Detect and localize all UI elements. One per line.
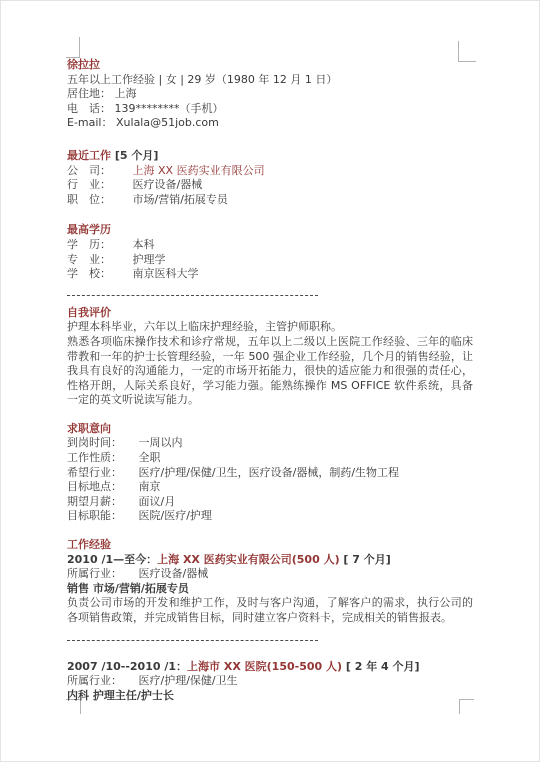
recent-job-title: 最近工作 bbox=[67, 149, 111, 162]
desired-industry-row: 希望行业： 医疗/护理/保健/卫生，医疗设备/器械，制药/生物工程 bbox=[67, 466, 473, 481]
job1-description: 负责公司市场的开发和维护工作，及时与客户沟通，了解客户的需求，执行公司的各项销售… bbox=[67, 596, 473, 625]
degree-label: 学 历： bbox=[67, 238, 129, 253]
major-label: 专 业： bbox=[67, 253, 129, 268]
job2-date-line: 2007 /10--2010 /1：上海市 XX 医院(150-500 人) [… bbox=[67, 660, 473, 675]
phone-row: 电 话： 139********（手机） bbox=[67, 102, 473, 117]
job-type-label: 工作性质： bbox=[67, 451, 135, 466]
residence-row: 居住地： 上海 bbox=[67, 87, 473, 102]
company-row: 公 司： 上海 XX 医药实业有限公司 bbox=[67, 164, 473, 179]
company-value: 上海 XX 医药实业有限公司 bbox=[133, 164, 265, 177]
job2-duration: [ 2 年 4 个月] bbox=[342, 660, 420, 673]
job-intention-section: 求职意向 到岗时间： 一周以内 工作性质： 全职 希望行业： 医疗/护理/保健/… bbox=[67, 422, 473, 524]
target-location-row: 目标地点： 南京 bbox=[67, 480, 473, 495]
email-label: E-mail： bbox=[67, 116, 113, 131]
target-function-row: 目标职能： 医院/医疗/护理 bbox=[67, 509, 473, 524]
email-value: Xulala@51job.com bbox=[116, 116, 219, 129]
target-location-label: 目标地点： bbox=[67, 480, 135, 495]
residence-value: 上海 bbox=[115, 87, 137, 100]
expected-salary-value: 面议/月 bbox=[139, 495, 176, 508]
section-divider bbox=[67, 640, 318, 641]
job2-industry-value: 医疗/护理/保健/卫生 bbox=[139, 674, 238, 687]
job1-company: 上海 XX 医药实业有限公司(500 人) bbox=[157, 553, 339, 566]
job-type-row: 工作性质： 全职 bbox=[67, 451, 473, 466]
resume-header: 徐拉拉 五年以上工作经验 | 女 | 29 岁（1980 年 12 月 1 日）… bbox=[67, 58, 473, 131]
job-entry-1: 2010 /1—至今：上海 XX 医药实业有限公司(500 人) [ 7 个月]… bbox=[67, 553, 473, 626]
target-location-value: 南京 bbox=[139, 480, 161, 493]
desired-industry-value: 医疗/护理/保健/卫生，医疗设备/器械，制药/生物工程 bbox=[139, 466, 400, 479]
job1-position: 销售 市场/营销/拓展专员 bbox=[67, 582, 473, 597]
email-row: E-mail： Xulala@51job.com bbox=[67, 116, 473, 131]
job-type-value: 全职 bbox=[139, 451, 161, 464]
job1-industry-label: 所属行业： bbox=[67, 567, 135, 582]
job1-duration: [ 7 个月] bbox=[340, 553, 391, 566]
self-evaluation-heading: 自我评价 bbox=[67, 306, 473, 321]
job2-industry-label: 所属行业： bbox=[67, 674, 135, 689]
section-divider bbox=[67, 295, 318, 296]
position-label: 职 位： bbox=[67, 193, 129, 208]
expected-salary-row: 期望月薪： 面议/月 bbox=[67, 495, 473, 510]
candidate-name: 徐拉拉 bbox=[67, 58, 473, 73]
school-row: 学 校： 南京医科大学 bbox=[67, 267, 473, 282]
position-row: 职 位： 市场/营销/拓展专员 bbox=[67, 193, 473, 208]
company-label: 公 司： bbox=[67, 164, 129, 179]
industry-value: 医疗设备/器械 bbox=[133, 178, 203, 191]
job1-industry-value: 医疗设备/器械 bbox=[139, 567, 209, 580]
school-value: 南京医科大学 bbox=[133, 267, 199, 280]
self-evaluation-summary: 护理本科毕业，六年以上临床护理经验，主管护师职称。 bbox=[67, 320, 473, 335]
industry-label: 行 业： bbox=[67, 178, 129, 193]
job1-date: 2010 /1—至今： bbox=[67, 553, 157, 566]
school-label: 学 校： bbox=[67, 267, 129, 282]
job1-date-line: 2010 /1—至今：上海 XX 医药实业有限公司(500 人) [ 7 个月] bbox=[67, 553, 473, 568]
job2-position: 内科 护理主任/护士长 bbox=[67, 689, 473, 704]
degree-value: 本科 bbox=[133, 238, 155, 251]
residence-label: 居住地： bbox=[67, 87, 111, 102]
work-experience-section: 工作经验 2010 /1—至今：上海 XX 医药实业有限公司(500 人) [ … bbox=[67, 538, 473, 703]
expected-salary-label: 期望月薪： bbox=[67, 495, 135, 510]
availability-label: 到岗时间： bbox=[67, 436, 135, 451]
candidate-meta: 五年以上工作经验 | 女 | 29 岁（1980 年 12 月 1 日） bbox=[67, 73, 473, 88]
recent-job-heading: 最近工作 [5 个月] bbox=[67, 149, 473, 164]
job-entry-2: 2007 /10--2010 /1：上海市 XX 医院(150-500 人) [… bbox=[67, 660, 473, 704]
availability-row: 到岗时间： 一周以内 bbox=[67, 436, 473, 451]
recent-job-duration: [5 个月] bbox=[111, 149, 158, 162]
recent-job-section: 最近工作 [5 个月] 公 司： 上海 XX 医药实业有限公司 行 业： 医疗设… bbox=[67, 149, 473, 207]
phone-value: 139********（手机） bbox=[115, 102, 224, 115]
self-evaluation-section: 自我评价 护理本科毕业，六年以上临床护理经验，主管护师职称。 熟悉各项临床操作技… bbox=[67, 306, 473, 408]
resume-content: 徐拉拉 五年以上工作经验 | 女 | 29 岁（1980 年 12 月 1 日）… bbox=[67, 58, 473, 703]
availability-value: 一周以内 bbox=[139, 436, 183, 449]
job2-industry-row: 所属行业： 医疗/护理/保健/卫生 bbox=[67, 674, 473, 689]
target-function-label: 目标职能： bbox=[67, 509, 135, 524]
job2-company: 上海市 XX 医院(150-500 人) bbox=[187, 660, 342, 673]
job2-date: 2007 /10--2010 /1： bbox=[67, 660, 187, 673]
crop-mark-top-left bbox=[66, 37, 80, 58]
degree-row: 学 历： 本科 bbox=[67, 238, 473, 253]
major-row: 专 业： 护理学 bbox=[67, 253, 473, 268]
desired-industry-label: 希望行业： bbox=[67, 466, 135, 481]
target-function-value: 医院/医疗/护理 bbox=[139, 509, 212, 522]
job1-industry-row: 所属行业： 医疗设备/器械 bbox=[67, 567, 473, 582]
education-section: 最高学历 学 历： 本科 专 业： 护理学 学 校： 南京医科大学 bbox=[67, 223, 473, 281]
work-experience-heading: 工作经验 bbox=[67, 538, 473, 553]
self-evaluation-paragraph: 熟悉各项临床操作技术和诊疗常规，五年以上二级以上医院工作经验、三年的临床带教和一… bbox=[67, 335, 473, 408]
position-value: 市场/营销/拓展专员 bbox=[133, 193, 228, 206]
resume-document-page: 徐拉拉 五年以上工作经验 | 女 | 29 岁（1980 年 12 月 1 日）… bbox=[0, 0, 540, 762]
job-intention-heading: 求职意向 bbox=[67, 422, 473, 437]
education-heading: 最高学历 bbox=[67, 223, 473, 238]
major-value: 护理学 bbox=[133, 253, 166, 266]
phone-label: 电 话： bbox=[67, 102, 111, 117]
industry-row: 行 业： 医疗设备/器械 bbox=[67, 178, 473, 193]
